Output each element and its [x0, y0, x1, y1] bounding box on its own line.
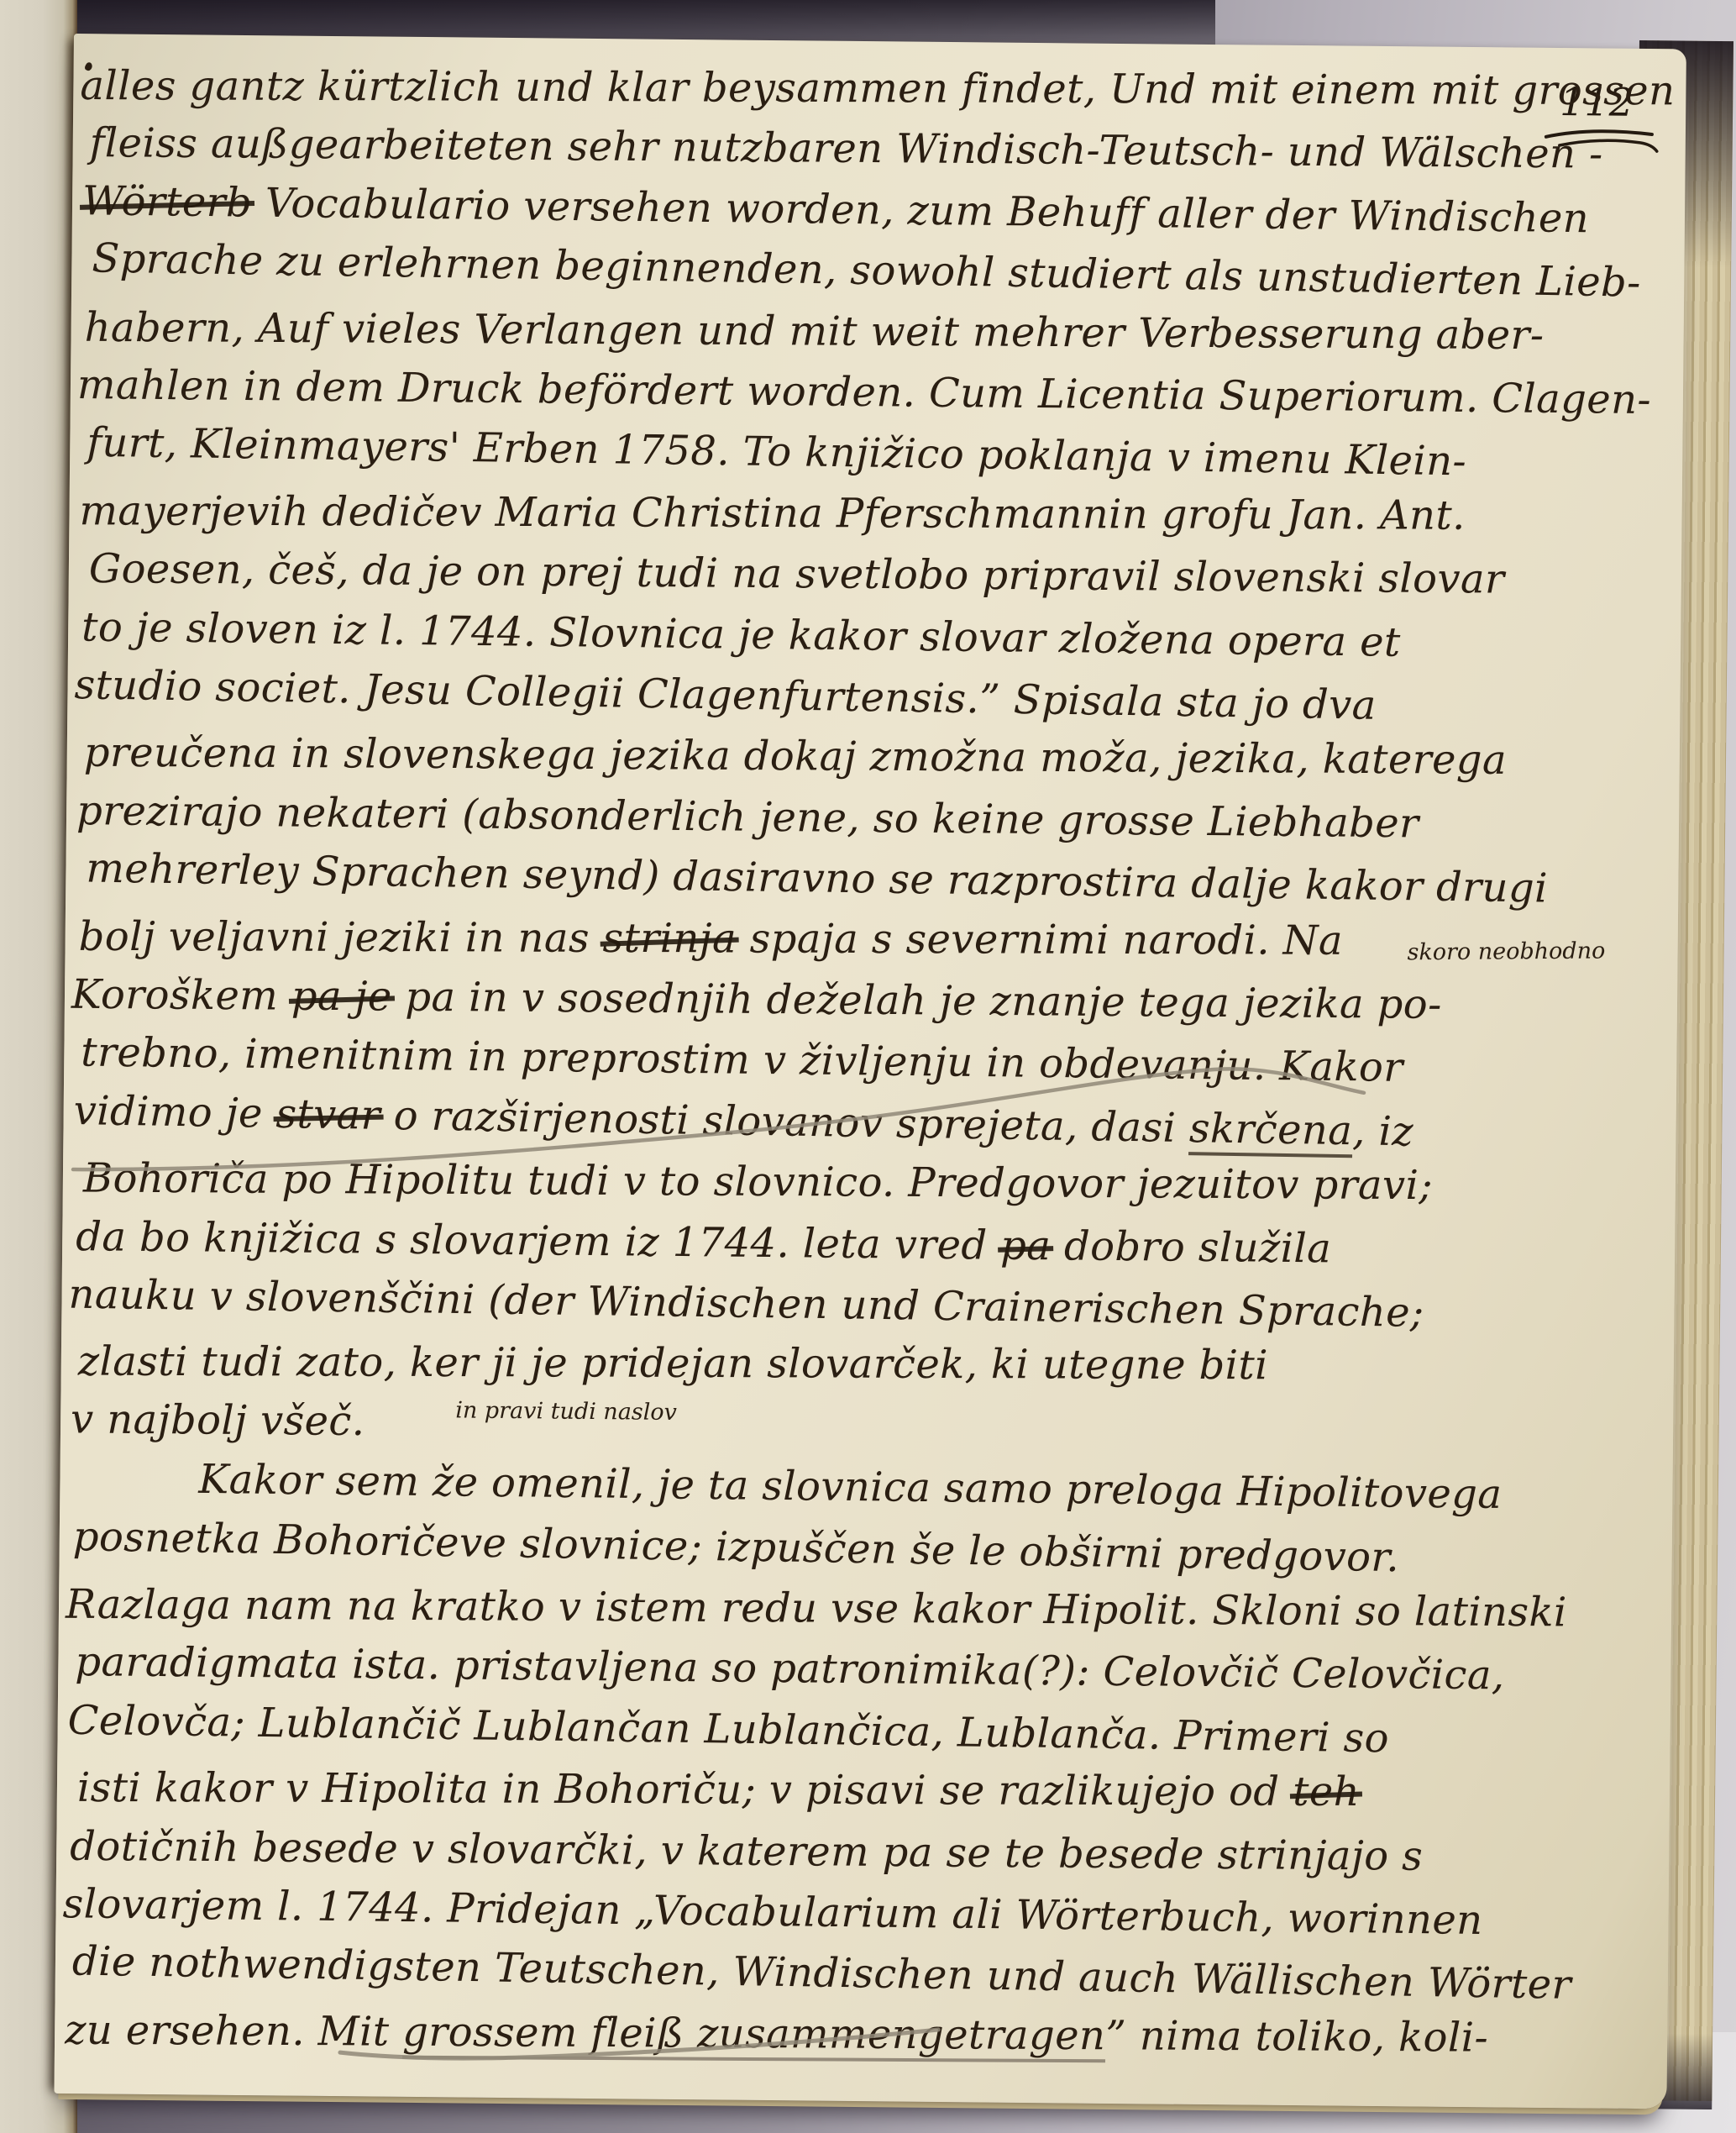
- text-segment: posnetka Bohoričeve slovnice; izpuščen š…: [72, 1513, 1399, 1581]
- text-segment: habern, Auf vieles Verlangen und mit wei…: [85, 303, 1545, 358]
- text-segment: dotičnih besede v slovarčki, v katerem p…: [70, 1822, 1423, 1879]
- text-segment-underline: skrčena: [1188, 1105, 1352, 1158]
- text-segment: Kakor sem že omenil, je ta slovnica samo…: [198, 1456, 1503, 1518]
- text-segment: zu ersehen. Mit: [65, 2006, 402, 2055]
- text-segment: Vocabulario versehen worden, zum Behuff …: [252, 179, 1590, 242]
- text-segment-strike: stvar: [275, 1090, 380, 1139]
- manuscript-line: Wörterb Vocabulario versehen worden, zum…: [82, 176, 1590, 244]
- interline-note: in pravi tudi naslov: [455, 1398, 677, 1426]
- text-segment-strike: pa: [1000, 1221, 1052, 1269]
- interline-note: skoro neobhodno: [1407, 938, 1605, 965]
- text-segment: vidimo je: [73, 1087, 276, 1137]
- manuscript-line: Sprache zu erlehrnen beginnenden, sowohl…: [92, 234, 1641, 308]
- text-segment: fleiss außgearbeiteten sehr nutzbaren Wi…: [90, 119, 1603, 178]
- manuscript-line: Bohoriča po Hipolitu tudi v to slovnico.…: [83, 1153, 1433, 1211]
- text-segment: mehrerley Sprachen seynd) dasiravno se r…: [86, 845, 1548, 912]
- text-segment: Sprache zu erlehrnen beginnenden, sowohl…: [92, 235, 1641, 307]
- text-segment: trebno, imenitnim in preprostim v življe…: [81, 1029, 1403, 1091]
- manuscript-line: isti kakor v Hipolita in Bohoriču; v pis…: [77, 1763, 1360, 1817]
- text-segment: Goesen, češ, da je on prej tudi na svetl…: [89, 545, 1505, 603]
- text-segment: mayerjevih dedičev Maria Christina Pfers…: [79, 487, 1465, 539]
- text-segment-strike: Wörterb: [82, 177, 253, 226]
- text-segment: mahlen in dem Druck befördert worden. Cu…: [77, 361, 1652, 423]
- photo-background: 112 alles gantz kürtzlich und klar beysa…: [0, 0, 1736, 2133]
- manuscript-line: studio societ. Jesu Collegii Clagenfurte…: [74, 659, 1377, 731]
- text-segment: isti kakor v Hipolita in Bohoriču; v pis…: [77, 1764, 1293, 1815]
- manuscript-line: dotičnih besede v slovarčki, v katerem p…: [70, 1820, 1423, 1881]
- text-segment: Razlaga nam na kratko v istem redu vse k…: [66, 1581, 1567, 1637]
- manuscript-line: trebno, imenitnim in preprostim v življe…: [81, 1027, 1403, 1093]
- manuscript-line: mehrerley Sprachen seynd) dasiravno se r…: [86, 843, 1548, 914]
- manuscript-line: posnetka Bohoričeve slovnice; izpuščen š…: [72, 1511, 1399, 1583]
- manuscript-line: alles gantz kürtzlich und klar beysammen…: [80, 60, 1675, 116]
- manuscript-line: habern, Auf vieles Verlangen und mit wei…: [84, 302, 1544, 360]
- text-segment: v najbolj všeč.: [71, 1395, 365, 1445]
- manuscript-line: Goesen, češ, da je on prej tudi na svetl…: [89, 544, 1505, 605]
- text-segment: Koroškem: [71, 971, 291, 1020]
- manuscript-line: da bo knjižica s slovarjem iz 1744. leta…: [76, 1211, 1331, 1274]
- text-segment-strike: strinja: [603, 914, 737, 962]
- manuscript-line: vidimo je stvar o razširjenosti slovanov…: [73, 1085, 1413, 1157]
- manuscript-line: Kakor sem že omenil, je ta slovnica samo…: [198, 1454, 1503, 1520]
- text-segment: pa in v sosednjih deželah je znanje tega…: [392, 974, 1442, 1028]
- text-segment-strike: teh: [1293, 1768, 1360, 1815]
- manuscript-line: nauku v slovenščini (der Windischen und …: [68, 1269, 1424, 1338]
- text-segment: die nothwendigsten Teutschen, Windischen…: [72, 1938, 1572, 2009]
- manuscript-line: zlasti tudi zato, ker ji je pridejan slo…: [78, 1337, 1268, 1391]
- manuscript-line: to je sloven iz l. 1744. Slovnica je kak…: [81, 602, 1401, 667]
- text-segment: ” nima toliko, koli-: [1105, 2012, 1488, 2061]
- manuscript-line: Koroškem pa je pa in v sosednjih deželah…: [71, 969, 1442, 1030]
- manuscript-line: die nothwendigsten Teutschen, Windischen…: [72, 1936, 1572, 2010]
- manuscript-line: fleiss außgearbeiteten sehr nutzbaren Wi…: [90, 118, 1603, 180]
- manuscript-line: v najbolj všeč.: [71, 1394, 365, 1447]
- text-segment-strike: pa je: [291, 973, 392, 1021]
- text-segment: da bo knjižica s slovarjem iz 1744. leta…: [76, 1213, 1000, 1269]
- text-segment: Celovča; Lublančič Lublančan Lublančica,…: [67, 1697, 1389, 1763]
- text-segment: zlasti tudi zato, ker ji je pridejan slo…: [78, 1338, 1268, 1390]
- text-segment: Bohoriča po Hipolitu tudi v to slovnico.…: [83, 1155, 1433, 1210]
- text-segment-pencil: grossem fleiß zusammengetragen: [402, 2009, 1105, 2063]
- text-segment: spaja s severnimi narodi. Na: [737, 915, 1343, 964]
- text-segment: dobro služila: [1051, 1222, 1331, 1272]
- manuscript-line: mayerjevih dedičev Maria Christina Pfers…: [79, 486, 1465, 540]
- text-segment: nauku v slovenščini (der Windischen und …: [68, 1271, 1424, 1337]
- manuscript-page: 112 alles gantz kürtzlich und klar beysa…: [54, 34, 1686, 2109]
- text-segment: furt, Kleinmayers' Erben 1758. To knjiži…: [87, 419, 1467, 486]
- manuscript-line: preučena in slovenskega jezika dokaj zmo…: [84, 728, 1508, 785]
- text-segment: alles gantz kürtzlich und klar beysammen…: [80, 62, 1675, 114]
- manuscript-line: bolj veljavni jeziki in nas strinja spaj…: [79, 911, 1344, 965]
- text-segment: o razširjenosti slovanov sprejeta, dasi: [380, 1092, 1190, 1152]
- text-segment: preučena in slovenskega jezika dokaj zmo…: [84, 729, 1508, 784]
- text-segment: , iz: [1352, 1107, 1414, 1155]
- manuscript-line: zu ersehen. Mit grossem fleiß zusammenge…: [65, 2004, 1488, 2062]
- manuscript-line: slovarjem l. 1744. Pridejan „Vocabulariu…: [62, 1878, 1483, 1946]
- text-segment: prezirajo nekateri (absonderlich jene, s…: [76, 787, 1419, 847]
- text-segment: bolj veljavni jeziki in nas: [79, 912, 603, 961]
- text-segment: paradigmata ista. pristavljena so patron…: [75, 1638, 1505, 1699]
- manuscript-line: mahlen in dem Druck befördert worden. Cu…: [77, 360, 1652, 425]
- manuscript-line: paradigmata ista. pristavljena so patron…: [75, 1637, 1505, 1700]
- text-segment: slovarjem l. 1744. Pridejan „Vocabulariu…: [62, 1880, 1483, 1944]
- manuscript-line: Razlaga nam na kratko v istem redu vse k…: [66, 1579, 1567, 1638]
- manuscript-line: furt, Kleinmayers' Erben 1758. To knjiži…: [87, 418, 1467, 487]
- text-segment: studio societ. Jesu Collegii Clagenfurte…: [74, 661, 1377, 729]
- manuscript-line: prezirajo nekateri (absonderlich jene, s…: [76, 785, 1419, 848]
- text-segment: to je sloven iz l. 1744. Slovnica je kak…: [81, 603, 1401, 665]
- manuscript-line: Celovča; Lublančič Lublančan Lublančica,…: [67, 1695, 1389, 1764]
